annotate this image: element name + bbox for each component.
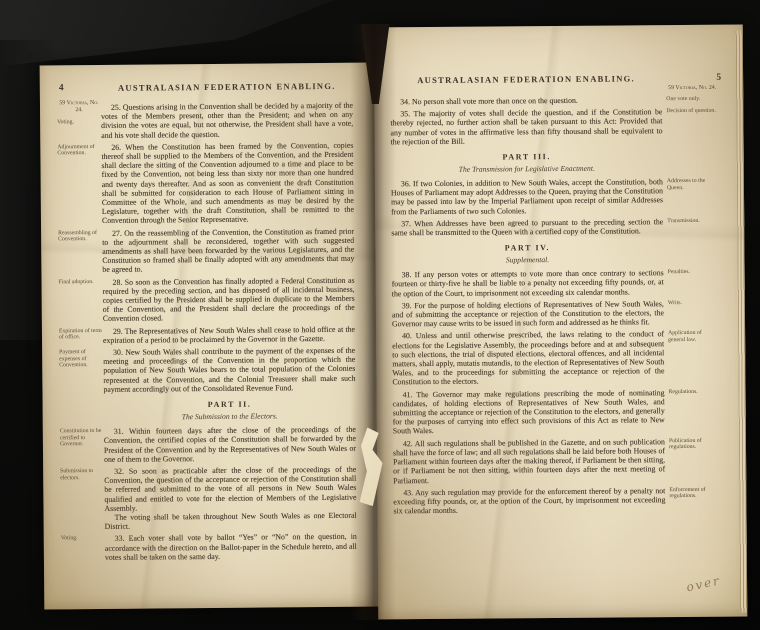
part-heading: PART III.The Transmission for Legislativ… xyxy=(391,147,663,176)
margin-note: Submission to electors. xyxy=(43,467,104,482)
left-page-header: 4 AUSTRALASIAN FEDERATION ENABLING. xyxy=(40,81,376,96)
margin-note: Adjournment of Convention. xyxy=(40,143,101,158)
section-paragraph: 41. The Governor may make regulations pr… xyxy=(393,388,665,436)
right-page-body: One vote only.34. No person shall vote m… xyxy=(374,95,746,516)
left-page-number: 4 xyxy=(59,83,64,93)
margin-note: Writs. xyxy=(668,299,718,307)
section-text: 30. New South Wales shall contribute to … xyxy=(103,346,355,394)
section-paragraph: 25. Questions arising in the Convention … xyxy=(101,101,353,140)
section-text: 27. On the reassembling of the Conventio… xyxy=(102,226,354,274)
section-row: Adjournment of Convention.26. When the C… xyxy=(40,140,377,226)
section-text: 31. Within fourteen days after the close… xyxy=(104,425,356,464)
margin-note: Regulations. xyxy=(669,387,719,395)
section-paragraph: 33. Each voter shall vote by ballot “Yes… xyxy=(105,532,357,562)
margin-note: Application of general law. xyxy=(668,329,718,344)
section-text: 28. So soon as the Convention has finall… xyxy=(102,275,354,323)
margin-note: Expiration of term of office. xyxy=(42,327,103,342)
section-row: Decision of question.35. The majority of… xyxy=(374,107,743,147)
left-page-body: Voting.25. Questions arising in the Conv… xyxy=(40,101,380,563)
section-row: Submission to electors.32. So soon as pr… xyxy=(43,464,380,531)
right-running-title: AUSTRALASIAN FEDERATION ENABLING. xyxy=(390,73,662,85)
section-text: 32. So soon as practicable after the clo… xyxy=(104,465,357,532)
section-paragraph: 42. All such regulations shall be publis… xyxy=(393,437,665,485)
margin-note: Payment of expenses of Convention. xyxy=(42,348,103,369)
right-page: 5 AUSTRALASIAN FEDERATION ENABLING. 59 V… xyxy=(374,25,748,620)
section-paragraph: 37. When Addresses have been agreed to p… xyxy=(391,217,663,238)
part-title: PART III. xyxy=(391,151,663,162)
margin-note: Transmission. xyxy=(667,217,717,225)
section-paragraph: 27. On the reassembling of the Conventio… xyxy=(102,226,354,274)
section-row: Reassembling of Convention.27. On the re… xyxy=(41,226,377,275)
margin-note: Addresses to the Queen. xyxy=(667,177,717,192)
section-paragraph: 28. So soon as the Convention has finall… xyxy=(102,275,354,323)
part-subtitle: The Transmission for Legislative Enactme… xyxy=(391,163,663,174)
section-text: 34. No person shall vote more than once … xyxy=(390,95,662,106)
section-row: Transmission.37. When Addresses have bee… xyxy=(375,216,744,237)
section-row: Writs.39. For the purpose of holding ele… xyxy=(376,298,745,329)
section-paragraph: 43. Any such regulation may provide for … xyxy=(393,486,665,516)
section-paragraph: 30. New South Wales shall contribute to … xyxy=(103,346,355,394)
section-text: 40. Unless and until otherwise prescribe… xyxy=(392,330,664,387)
section-paragraph: 34. No person shall vote more than once … xyxy=(390,95,662,106)
section-text: 35. The majority of votes shall decide t… xyxy=(390,107,662,146)
left-page: 4 AUSTRALASIAN FEDERATION ENABLING. 59 V… xyxy=(40,63,381,610)
section-text: 29. The Representatives of New South Wal… xyxy=(103,324,355,345)
margin-note: Voting. xyxy=(44,534,105,542)
margin-note: Voting. xyxy=(40,103,101,126)
section-row: Expiration of term of office.29. The Rep… xyxy=(42,324,378,345)
section-row: Regulations.41. The Governor may make re… xyxy=(377,387,746,436)
act-citation-right: 59 Victoria, No. 24. xyxy=(666,85,718,92)
photo-backdrop: 4 AUSTRALASIAN FEDERATION ENABLING. 59 V… xyxy=(0,0,760,630)
margin-note: Decision of question. xyxy=(666,107,716,115)
margin-note: Penalties. xyxy=(668,268,718,276)
section-paragraph: 36. If two Colonies, in addition to New … xyxy=(391,177,663,216)
part-heading: PART II.The Submission to the Electors. xyxy=(104,395,356,424)
section-text: 25. Questions arising in the Convention … xyxy=(101,101,353,140)
section-paragraph: 26. When the Constitution has been frame… xyxy=(101,141,354,226)
left-running-title: AUSTRALASIAN FEDERATION ENABLING. xyxy=(101,81,353,93)
section-row: Application of general law.40. Unless an… xyxy=(376,329,745,387)
section-paragraph: 35. The majority of votes shall decide t… xyxy=(390,107,662,146)
section-text: 33. Each voter shall vote by ballot “Yes… xyxy=(105,532,357,562)
margin-note: Final adoption. xyxy=(41,278,102,286)
section-row: Addresses to the Queen.36. If two Coloni… xyxy=(375,177,744,217)
section-row: Constitution to be certified to Governor… xyxy=(43,425,379,465)
section-paragraph: The voting shall be taken throughout New… xyxy=(105,511,357,532)
section-text: 36. If two Colonies, in addition to New … xyxy=(391,177,663,216)
section-row: Payment of expenses of Convention.30. Ne… xyxy=(42,346,378,395)
section-text: 38. If any person votes or attempts to v… xyxy=(392,268,664,298)
margin-note: Constitution to be certified to Governor… xyxy=(43,427,104,448)
margin-note: One vote only. xyxy=(666,95,716,103)
section-text: 26. When the Constitution has been frame… xyxy=(101,141,354,226)
section-row: Voting.33. Each voter shall vote by ball… xyxy=(44,532,380,563)
handwritten-note: over xyxy=(685,573,722,594)
section-paragraph: 40. Unless and until otherwise prescribe… xyxy=(392,330,664,387)
section-text: 37. When Addresses have been agreed to p… xyxy=(391,217,663,238)
section-row: Final adoption.28. So soon as the Conven… xyxy=(41,275,377,324)
section-text: 41. The Governor may make regulations pr… xyxy=(393,388,665,436)
page-edges xyxy=(736,31,748,613)
section-row: Enforcement of regulations.43. Any such … xyxy=(377,485,746,516)
section-row: Voting.25. Questions arising in the Conv… xyxy=(40,101,376,141)
margin-note: Publication of regulations. xyxy=(669,436,719,451)
margin-note: Reassembling of Convention. xyxy=(41,229,102,244)
part-title: PART IV. xyxy=(391,242,663,253)
section-paragraph: 29. The Representatives of New South Wal… xyxy=(103,324,355,345)
section-paragraph: 31. Within fourteen days after the close… xyxy=(104,425,356,464)
part-title: PART II. xyxy=(104,399,356,410)
section-paragraph: 32. So soon as practicable after the clo… xyxy=(104,465,356,513)
section-text: 43. Any such regulation may provide for … xyxy=(393,486,665,516)
section-row: Penalties.38. If any person votes or att… xyxy=(376,268,745,299)
section-paragraph: 39. For the purpose of holding elections… xyxy=(392,299,664,329)
margin-note: Enforcement of regulations. xyxy=(669,485,719,500)
section-text: 42. All such regulations shall be publis… xyxy=(393,437,665,485)
part-heading: PART IV.Supplemental. xyxy=(391,238,663,267)
right-page-number: 5 xyxy=(716,73,721,83)
part-subtitle: The Submission to the Electors. xyxy=(104,411,356,422)
section-row: One vote only.34. No person shall vote m… xyxy=(374,95,743,107)
section-row: Publication of regulations.42. All such … xyxy=(377,436,746,485)
part-subtitle: Supplemental. xyxy=(391,254,663,265)
section-text: 39. For the purpose of holding elections… xyxy=(392,299,664,329)
section-paragraph: 38. If any person votes or attempts to v… xyxy=(392,268,664,298)
